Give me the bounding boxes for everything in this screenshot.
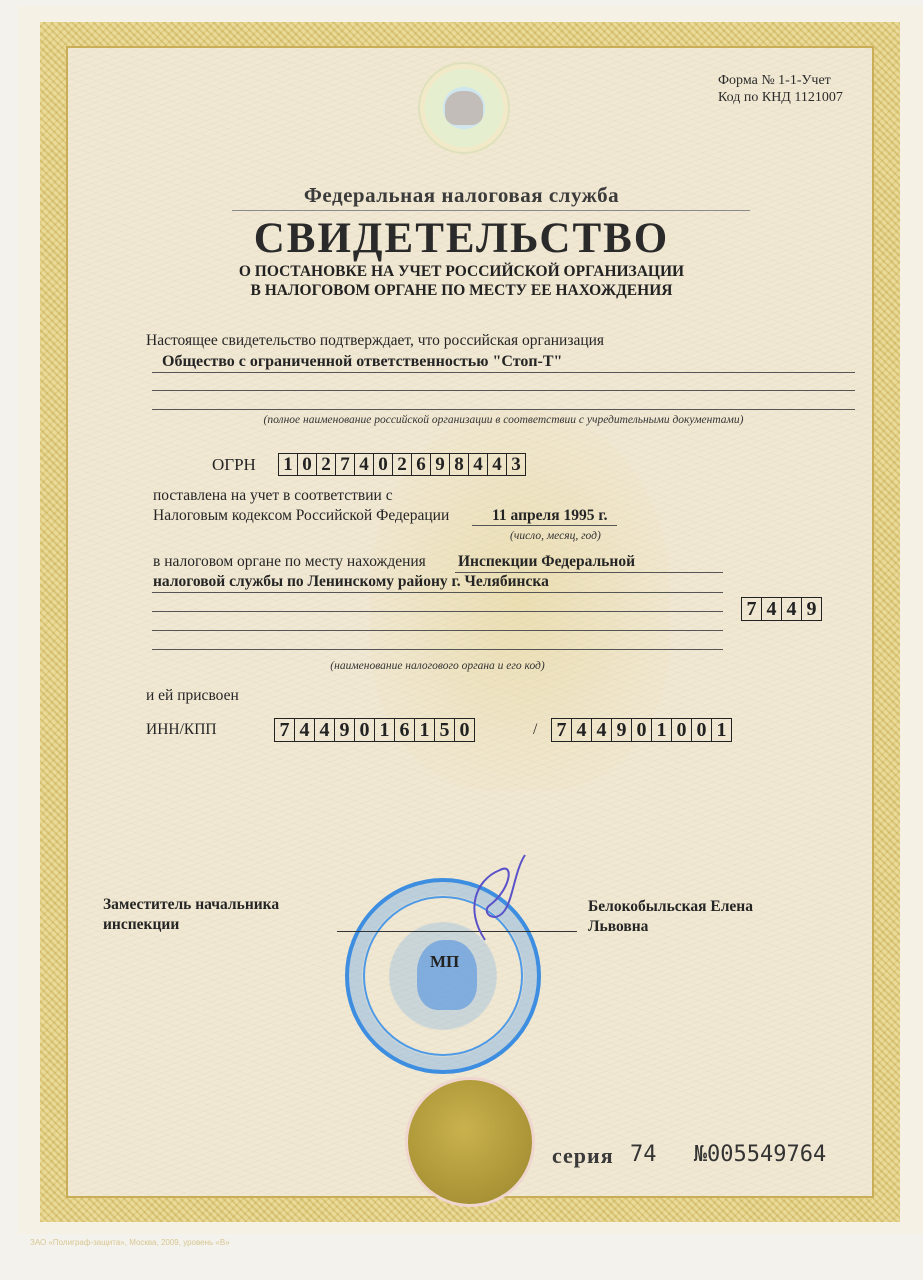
stamp-place-mark: МП [430,952,459,972]
kpp-digit: 0 [671,719,691,741]
ogrn-digit: 4 [487,454,506,475]
name-line-1: Белокобыльская Елена [588,897,753,917]
authority-line-3 [152,611,723,612]
organization-name: Общество с ограниченной ответственностью… [162,353,562,371]
ogrn-digit: 0 [297,454,316,475]
tax-authority-caption: (наименование налогового органа и его ко… [152,660,723,672]
name-line-1 [152,372,855,373]
ogrn-digit: 2 [392,454,411,475]
gold-emblem-seal-icon [408,1080,532,1204]
inn-digit: 6 [394,719,414,741]
ogrn-digit: 4 [468,454,487,475]
hologram-emblem-icon [418,62,510,154]
organization-intro: Настоящее свидетельство подтверждает, чт… [146,332,604,350]
kpp-digit: 1 [711,719,731,741]
registration-line-2: Налоговым кодексом Российской Федерации [153,507,449,525]
ogrn-digit: 3 [506,454,525,475]
inn-digit: 5 [434,719,454,741]
inn-digit: 7 [275,719,294,741]
tax-authority-code: 7449 [741,597,822,621]
name-line-3 [152,409,855,410]
form-meta: Форма № 1-1-Учет Код по КНД 1121007 [718,72,843,106]
authority-line-2 [152,592,723,593]
inn-kpp-separator: / [533,721,537,739]
kpp-digit: 0 [691,719,711,741]
ogrn-label: ОГРН [212,455,256,475]
double-headed-eagle-icon [417,940,477,1010]
coat-of-arms-icon [445,91,483,125]
kpp-digit: 4 [591,719,611,741]
tax-code-digit: 9 [801,598,821,620]
name-line-2: Львовна [588,917,753,937]
subtitle-line-2: В НАЛОГОВОМ ОРГАНЕ ПО МЕСТУ ЕЕ НАХОЖДЕНИ… [0,281,923,300]
tax-code-digit: 7 [742,598,761,620]
ogrn-digit: 6 [411,454,430,475]
kpp-digit: 4 [571,719,591,741]
inn-digit: 4 [294,719,314,741]
inn-digits: 7449016150 [274,718,475,742]
ogrn-digit: 4 [354,454,373,475]
inn-kpp-label: ИНН/КПП [146,721,217,739]
ogrn-digit: 0 [373,454,392,475]
agency-divider [232,210,750,211]
signature-icon [455,850,535,950]
name-line-2 [152,390,855,391]
tax-code-digit: 4 [781,598,801,620]
agency-name: Федеральная налоговая служба [0,183,923,208]
document-subtitle: О ПОСТАНОВКЕ НА УЧЕТ РОССИЙСКОЙ ОРГАНИЗА… [0,262,923,300]
assignment-intro: и ей присвоен [146,687,239,705]
tax-authority-intro: в налоговом органе по месту нахождения [153,553,426,571]
registration-date: 11 апреля 1995 г. [492,507,608,525]
inn-digit: 1 [414,719,434,741]
kpp-digit: 9 [611,719,631,741]
position-line-2: инспекции [103,915,279,935]
blank-number: №005549764 [694,1142,826,1167]
inn-digit: 4 [314,719,334,741]
ogrn-digit: 9 [430,454,449,475]
subtitle-line-1: О ПОСТАНОВКЕ НА УЧЕТ РОССИЙСКОЙ ОРГАНИЗА… [0,262,923,281]
tax-authority-name-line-1: Инспекции Федеральной [458,553,635,571]
ogrn-digit: 8 [449,454,468,475]
tax-code-digit: 4 [761,598,781,620]
kpp-digit: 1 [651,719,671,741]
authority-line-4 [152,630,723,631]
series-code: 74 [630,1142,657,1167]
printer-note: ЗАО «Полиграф-защита», Москва, 2009, уро… [30,1238,230,1247]
kpp-digit: 0 [631,719,651,741]
ogrn-digit: 7 [335,454,354,475]
ogrn-digits: 1027402698443 [278,453,526,476]
position-line-1: Заместитель начальника [103,895,279,915]
document-title: СВИДЕТЕЛЬСТВО [0,214,923,263]
inn-digit: 9 [334,719,354,741]
signatory-name: Белокобыльская Елена Львовна [588,897,753,937]
series-label: серия [552,1143,614,1169]
date-underline [472,525,617,526]
ogrn-digit: 2 [316,454,335,475]
kpp-digit: 7 [552,719,571,741]
date-caption: (число, месяц, год) [510,530,601,542]
kpp-digits: 744901001 [551,718,732,742]
ogrn-digit: 1 [279,454,297,475]
knd-code: Код по КНД 1121007 [718,89,843,106]
inn-digit: 0 [454,719,474,741]
authority-line-5 [152,649,723,650]
tax-authority-name-line-2: налоговой службы по Ленинскому району г.… [153,573,549,591]
series-number: 74 №005549764 [630,1142,826,1167]
signatory-position: Заместитель начальника инспекции [103,895,279,935]
form-number: Форма № 1-1-Учет [718,72,843,89]
registration-line-1: поставлена на учет в соответствии с [153,487,393,505]
inn-digit: 1 [374,719,394,741]
organization-caption: (полное наименование российской организа… [152,414,855,426]
inn-digit: 0 [354,719,374,741]
